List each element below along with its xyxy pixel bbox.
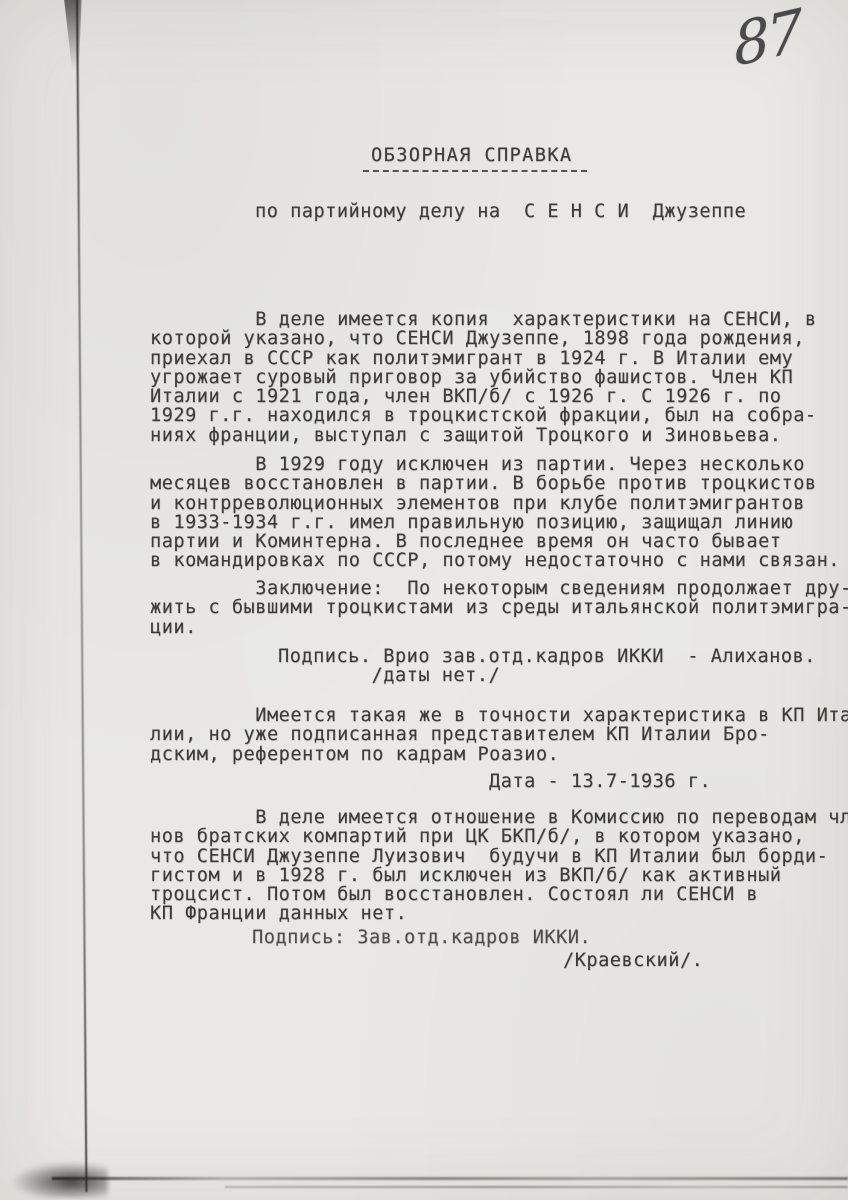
document-title: ОБЗОРНАЯ СПРАВКА	[363, 146, 587, 172]
bottom-scan-crease	[52, 1177, 848, 1180]
date-line: Дата - 13.7-1936 г.	[489, 772, 711, 791]
paragraph-expulsion: В 1929 году исключен из партии. Через не…	[150, 455, 840, 571]
signature-kraevsky-name: /Краевский/.	[563, 951, 703, 970]
page-number-handwritten: 87	[731, 0, 802, 80]
scanned-document-page: 87 ОБЗОРНАЯ СПРАВКА по партийному делу н…	[0, 0, 848, 1200]
fold-smudge-bottom	[12, 1162, 108, 1198]
binding-fold-line	[76, 0, 87, 1192]
paragraph-characteristic: В деле имеется копия характеристики на С…	[150, 310, 817, 445]
paragraph-commission-note: В деле имеется отношение в Комиссию по п…	[150, 808, 848, 924]
signature-alikhanov: Подпись. Врио зав.отд.кадров ИККИ - Алих…	[278, 647, 816, 686]
fold-smudge-top	[56, 0, 82, 70]
signature-kraevsky-title: Подпись: Зав.отд.кадров ИККИ.	[252, 928, 591, 947]
paragraph-conclusion: Заключение: По некоторым сведениям продо…	[150, 579, 848, 637]
paragraph-italy-copy: Имеется такая же в точности характеристи…	[150, 706, 848, 764]
bottom-scan-crease-faint	[225, 1186, 848, 1188]
document-subtitle: по партийному делу на С Е Н С И Джузеппе	[255, 202, 746, 221]
